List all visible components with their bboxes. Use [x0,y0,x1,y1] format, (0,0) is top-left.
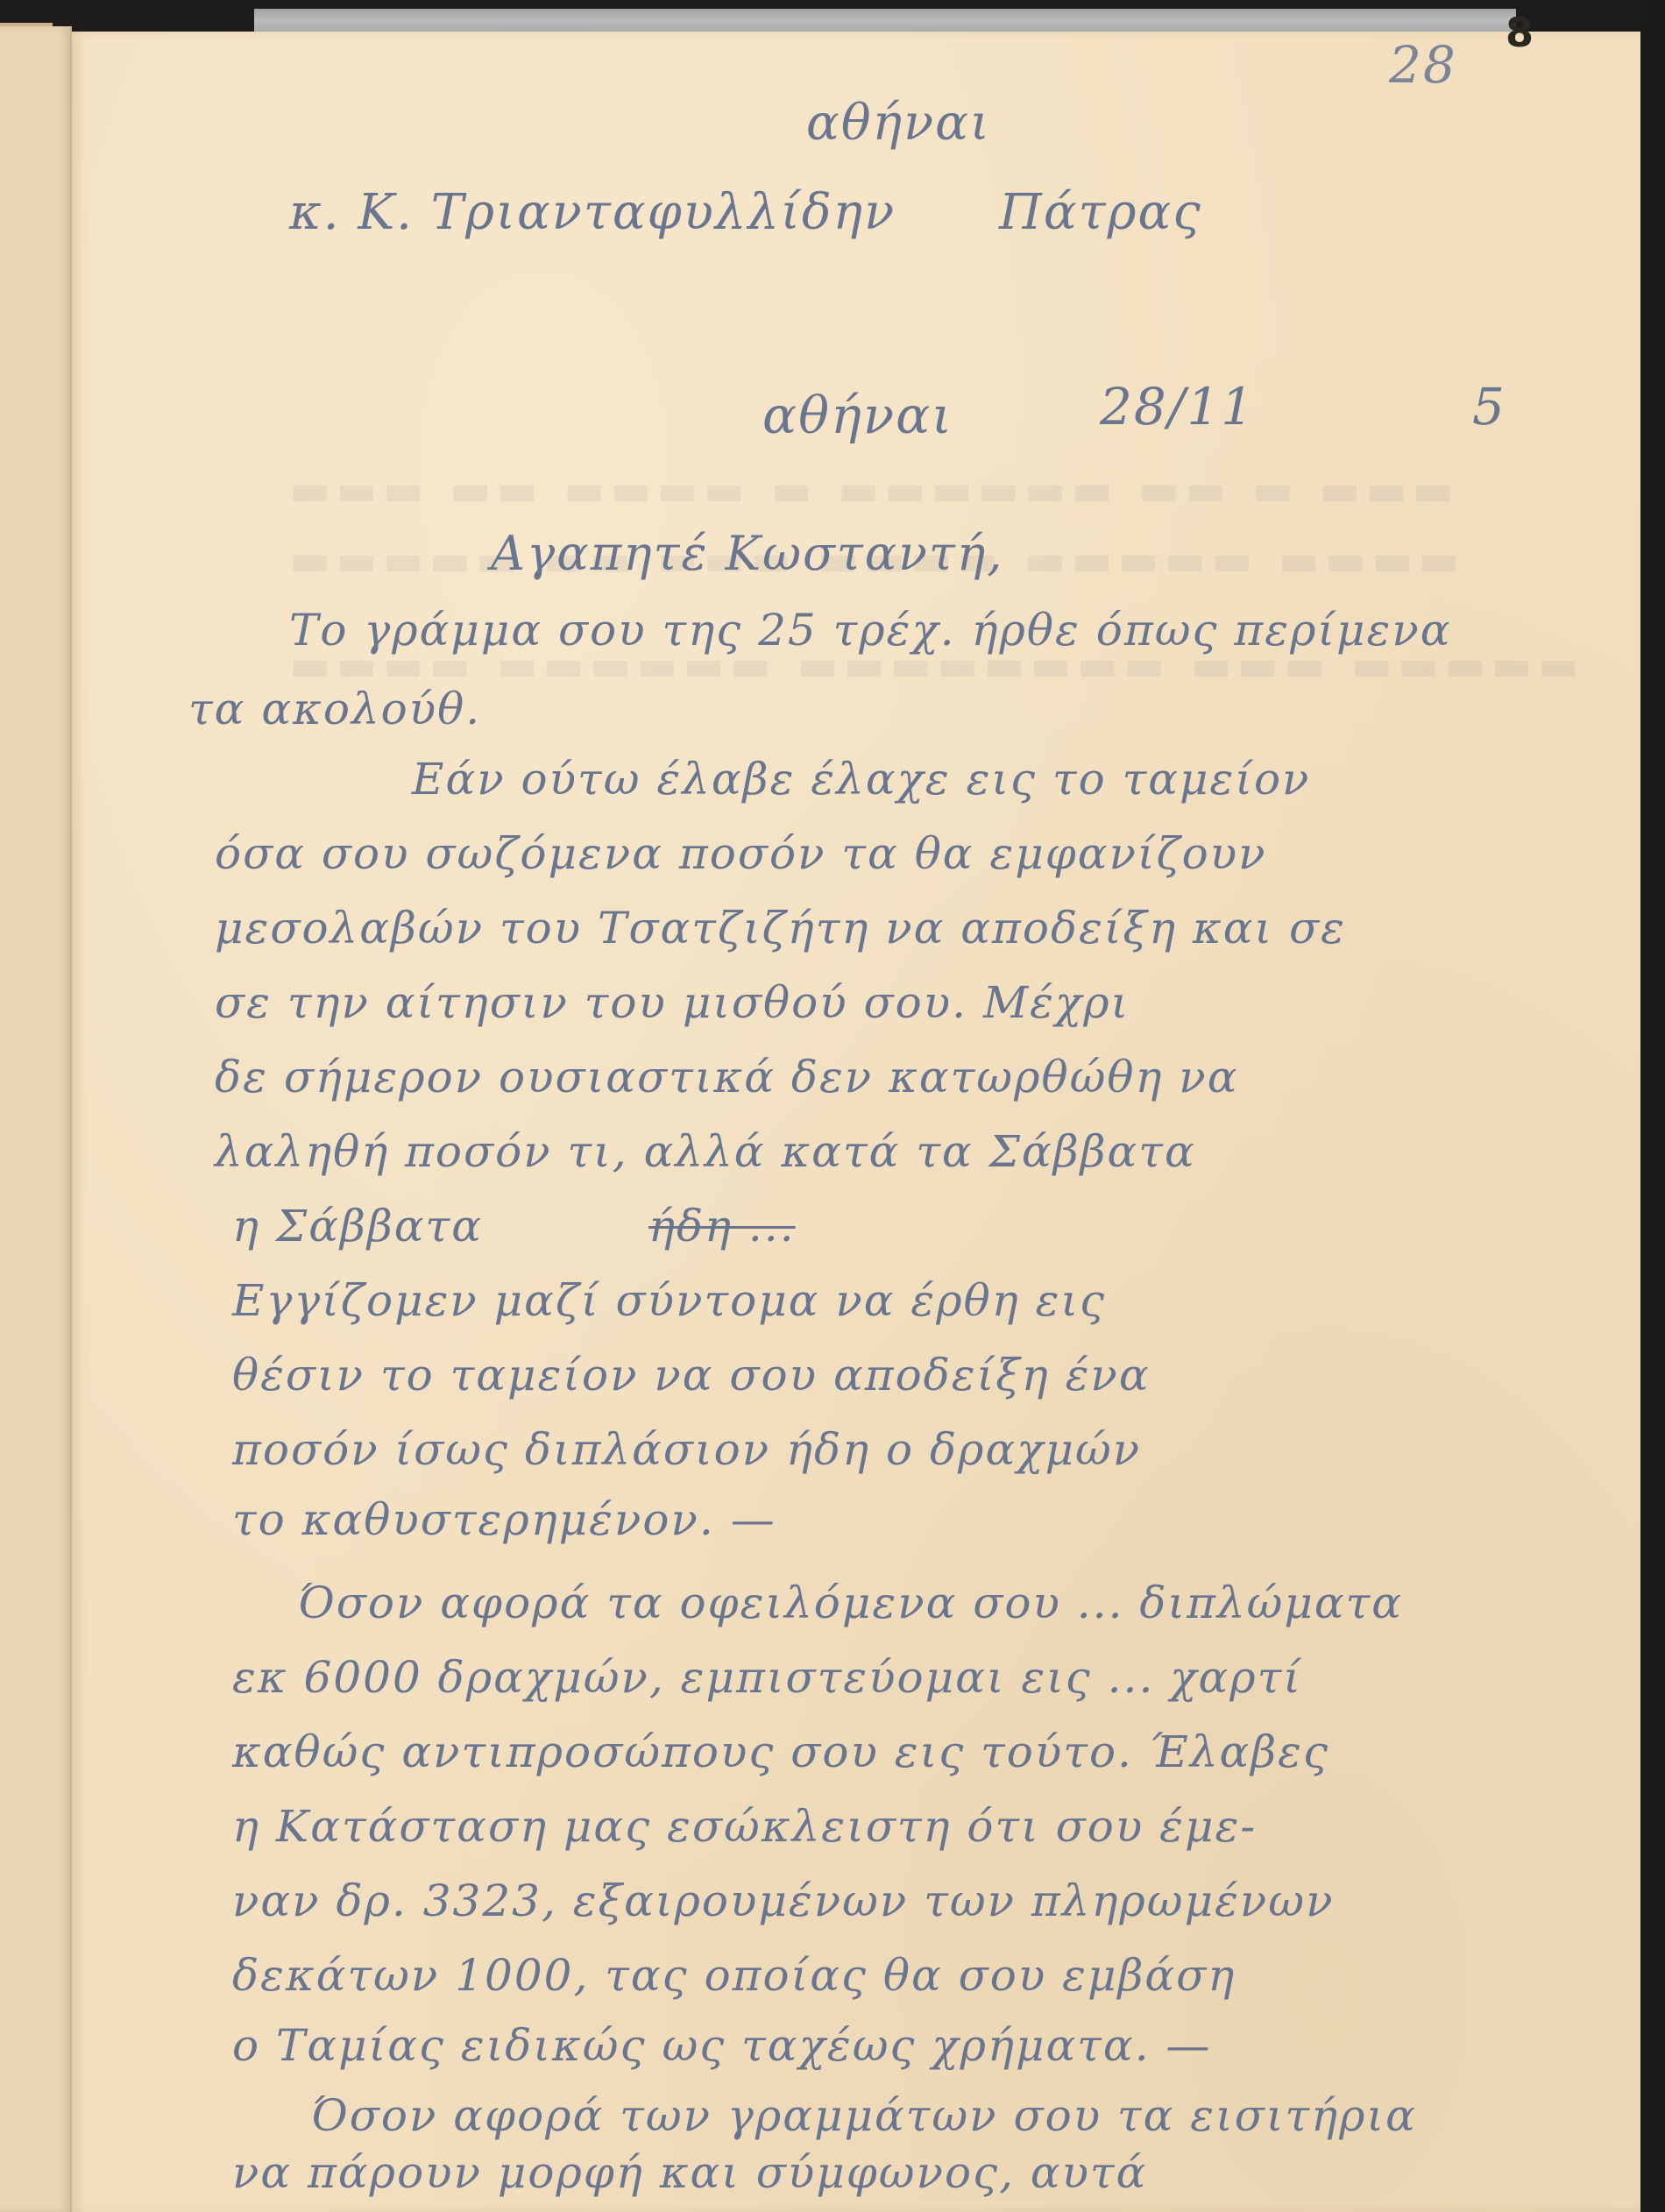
body-line: Το γράμμα σου της 25 τρέχ. ήρθε όπως περ… [289,605,1452,656]
pencil-folio-number: 28 [1389,35,1457,95]
recipient-name: κ. Κ. Τριανταφυλλίδην [289,184,896,241]
body-line: λαληθή ποσόν τι, αλλά κατά τα Σάββατα [215,1126,1196,1177]
bleed-through: ▬▬▬ ▬▬ ▬▬▬▬ ▬ ▬▬▬▬▬▬ ▬▬ ▬ ▬▬▬ [289,464,1459,515]
body-line: Όσον αφορά των γραμμάτων σου τα εισιτήρι… [311,2090,1417,2141]
body-line: Εάν ούτω έλαβε έλαχε εις το ταμείον [412,754,1310,805]
body-line: θέσιν το ταμείον να σου αποδείξη ένα [232,1350,1151,1400]
body-line: καθώς αντιπροσώπους σου εις τούτο. Έλαβε… [232,1726,1329,1777]
body-line: δεκάτων 1000, τας οποίας θα σου εμβάση [232,1950,1236,2001]
body-line: όσα σου σωζόμενα ποσόν τα θα εμφανίζουν [215,828,1267,879]
body-line: Εγγίζομεν μαζί σύντομα να έρθη εις [232,1275,1106,1326]
body-line: σε την αίτησιν του μισθού σου. Μέχρι [215,977,1130,1028]
body-line: τα ακολούθ. [188,684,481,734]
body-line: Όσον αφορά τα οφειλόμενα σου ... διπλώμα… [298,1577,1403,1628]
body-line: η Κατάσταση μας εσώκλειστη ότι σου έμε- [232,1801,1257,1852]
archive-page-number: 8 [1506,9,1534,56]
body-line: το καθυστερημένον. — [232,1494,776,1545]
dateline-place: αθήναι [762,386,953,445]
scanner-background-right [1640,0,1665,2212]
body-line: να πάρουν μορφή και σύμφωνος, αυτά [232,2147,1147,2198]
struck-word: ήδη ... [648,1201,796,1251]
facing-page [0,26,72,2212]
origin-header: αθήναι [806,95,991,152]
body-line: η Σάββατα [232,1201,483,1251]
body-line: εκ 6000 δραχμών, εμπιστεύομαι εις ... χα… [232,1652,1302,1703]
body-line: μεσολαβών του Τσατζιζήτη να αποδείξη και… [215,903,1346,954]
dateline-year: 5 [1472,377,1506,436]
dateline-date: 28/11 [1100,377,1255,436]
body-line: ο Ταμίας ειδικώς ως ταχέως χρήματα. — [232,2020,1211,2071]
recipient-city: Πάτρας [999,184,1202,241]
body-line: ποσόν ίσως διπλάσιον ήδη ο δραχμών [232,1424,1141,1475]
body-line: δε σήμερον ουσιαστικά δεν κατωρθώθη να [215,1052,1238,1102]
salutation: Αγαπητέ Κωσταντή, [491,526,1003,581]
body-line: ναν δρ. 3323, εξαιρουμένων των πληρωμένω… [232,1875,1334,1926]
archival-tape [254,9,1516,33]
